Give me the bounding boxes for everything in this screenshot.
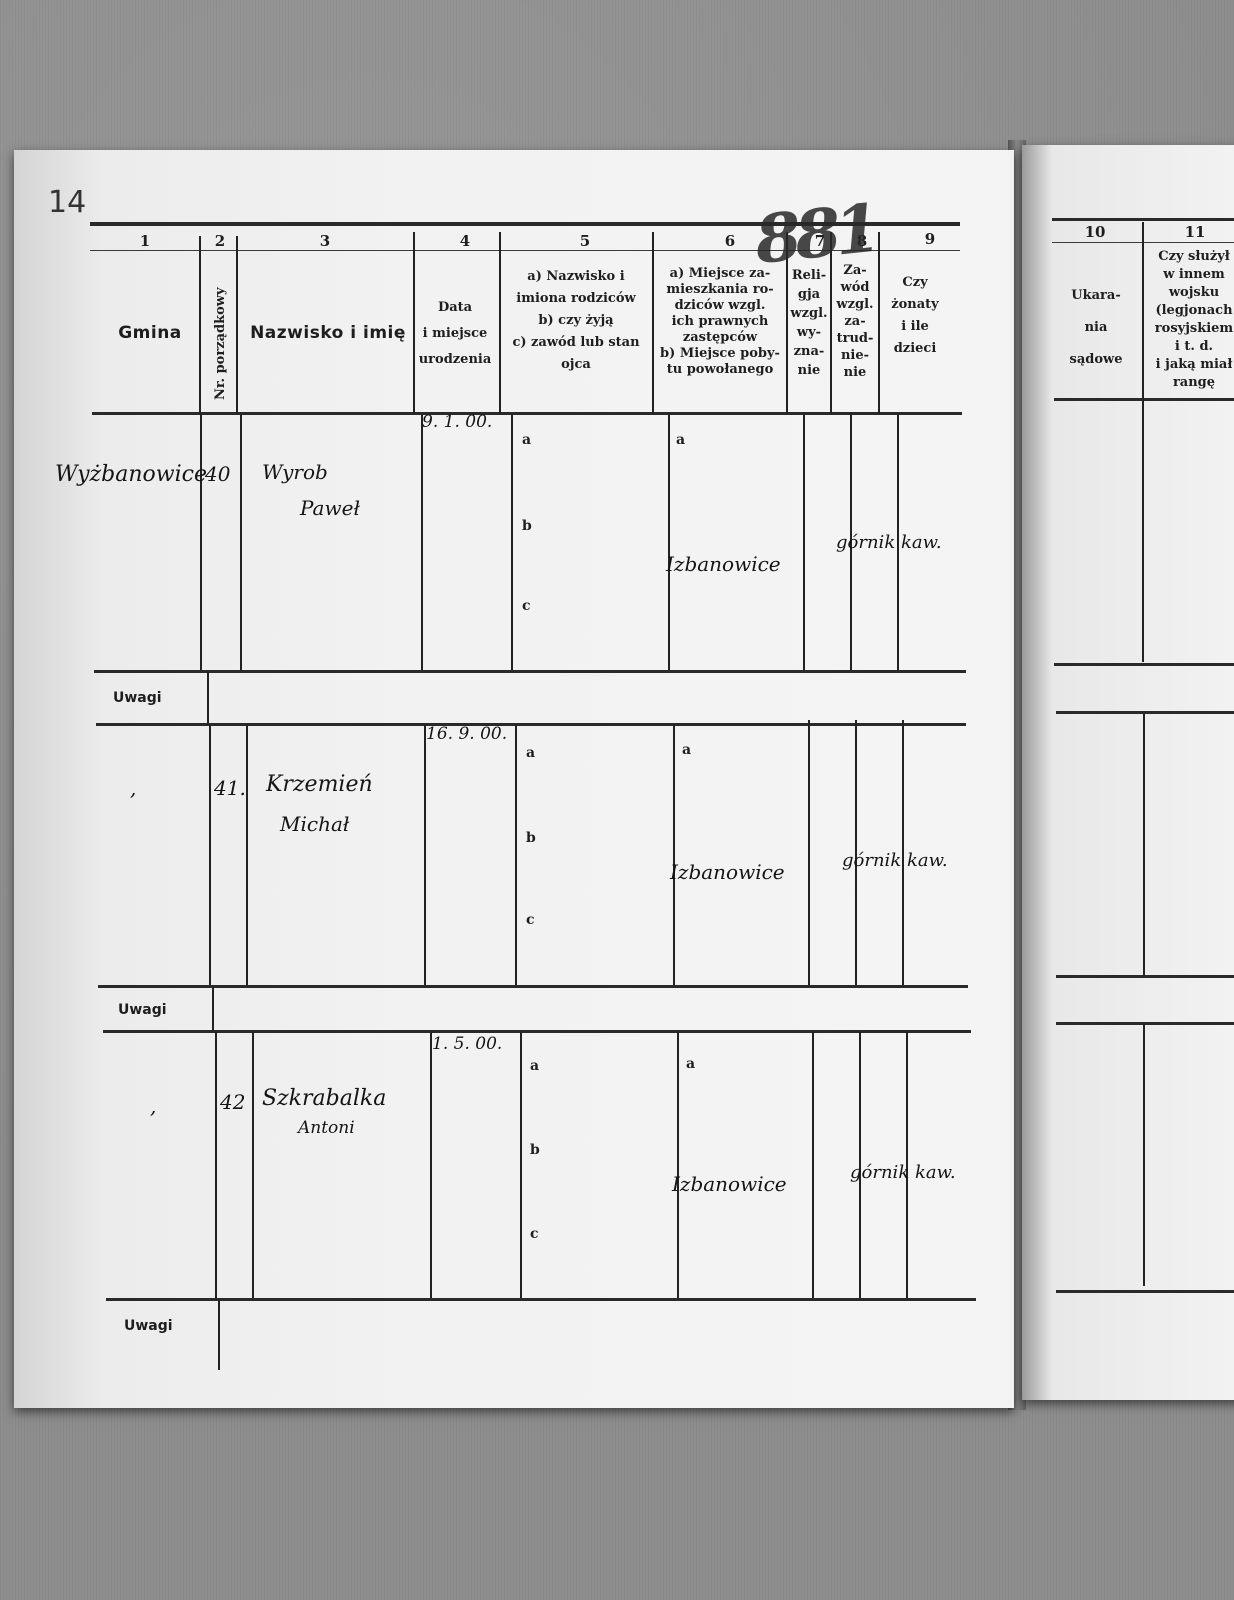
remarks-label: Uwagi [124, 1318, 173, 1334]
vline [240, 414, 242, 672]
occupation-value: górnik kaw. [836, 532, 942, 553]
header-religia: Reli- gja wzgl. wy- zna- nie [788, 266, 830, 380]
vline [1143, 713, 1145, 975]
sublabel-a: a [676, 432, 685, 448]
vline [673, 725, 675, 987]
sublabel-c: c [526, 912, 535, 928]
surname-value: Wyrob [262, 460, 328, 484]
vline [668, 414, 670, 672]
sublabel-b: b [526, 830, 536, 846]
row-rule [1056, 1290, 1234, 1293]
row-rule [98, 985, 968, 988]
colnum-1: 1 [130, 232, 160, 250]
colnum-10: 10 [1080, 223, 1110, 241]
sublabel-c: c [530, 1226, 539, 1242]
given-name-value: Paweł [300, 496, 360, 520]
header-sluzba-wojskowa: Czy służył w innem wojsku (legjonach ros… [1144, 248, 1234, 392]
vline [677, 1032, 679, 1298]
row-rule [1056, 975, 1234, 978]
vline [808, 720, 810, 986]
occupation-value: górnik kaw. [842, 850, 948, 871]
sublabel-a: a [522, 432, 531, 448]
gmina-value: , [150, 1094, 156, 1118]
vline [421, 414, 423, 672]
header-zawod: Za- wód wzgl. za- trud- nie- nie [832, 262, 878, 381]
sublabel-a: a [682, 742, 691, 758]
remarks-label: Uwagi [118, 1002, 167, 1018]
row-rule [1056, 1022, 1234, 1025]
archive-stamp-number: 881 [751, 189, 878, 279]
occupation-value: górnik kaw. [850, 1162, 956, 1183]
header-data-urodzenia: Data i miejsce urodzenia [412, 295, 498, 373]
sublabel-a: a [526, 745, 535, 761]
birth-date-value: 1. 5. 00. [432, 1034, 502, 1054]
header-zonaty: Czy żonaty i ile dzieci [880, 272, 950, 360]
vline [218, 1300, 220, 1370]
header-gmina: Gmina [100, 326, 200, 341]
row-rule [106, 1298, 976, 1301]
header-ukarania: Ukara- nia sądowe [1056, 280, 1136, 376]
right-header-bottom-rule [1054, 398, 1234, 401]
vline [246, 725, 248, 987]
sublabel-c: c [522, 598, 531, 614]
right-header-top-rule [1052, 218, 1234, 221]
header-miejsce-zamieszkania: a) Miejsce za- mieszkania ro- dziców wzg… [654, 266, 786, 378]
gmina-value: Wyżbanowice [55, 462, 207, 487]
nr-value: 41. [214, 776, 246, 800]
colnum-11: 11 [1180, 223, 1210, 241]
row-rule [96, 723, 966, 726]
vline [209, 725, 211, 987]
vline [511, 414, 513, 672]
vline [424, 725, 426, 987]
row-rule [1056, 711, 1234, 714]
vline [215, 1032, 217, 1300]
vline [252, 1032, 254, 1300]
residence-value: Izbanowice [666, 552, 781, 576]
header-nazwisko-imie: Nazwisko i imię [248, 326, 408, 341]
surname-value: Krzemień [266, 772, 373, 797]
row-rule [103, 1030, 971, 1033]
row-rule [94, 670, 966, 673]
vline [499, 232, 501, 414]
given-name-value: Antoni [298, 1118, 355, 1138]
vline [1143, 1024, 1145, 1286]
colnum-5: 5 [570, 232, 600, 250]
sublabel-b: b [530, 1142, 540, 1158]
given-name-value: Michał [280, 812, 349, 836]
sublabel-a: a [686, 1056, 695, 1072]
vline [236, 236, 238, 414]
header-nr-porzadkowy: Nr. porządkowy [213, 287, 228, 400]
colnum-2: 2 [210, 232, 230, 250]
vline [515, 725, 517, 987]
colnum-4: 4 [450, 232, 480, 250]
residence-value: Izbanowice [670, 860, 785, 884]
vline [430, 1032, 432, 1300]
colnum-3: 3 [310, 232, 340, 250]
remarks-label: Uwagi [113, 690, 162, 706]
vline [413, 232, 415, 414]
page-number: 14 [48, 185, 86, 220]
row-rule [1054, 663, 1234, 666]
vline [207, 672, 209, 724]
nr-value: 42 [220, 1090, 245, 1114]
residence-value: Izbanowice [672, 1172, 787, 1196]
vline [812, 1032, 814, 1298]
header-rodzice: a) Nazwisko i imiona rodziców b) czy żyj… [500, 266, 652, 376]
colnum-9: 9 [915, 230, 945, 248]
birth-date-value: 16. 9. 00. [426, 724, 507, 744]
vline [520, 1032, 522, 1300]
vline [803, 414, 805, 672]
vline [200, 414, 202, 672]
vline [1142, 400, 1144, 662]
vline [1142, 222, 1144, 400]
birth-date-value: 9. 1. 00. [422, 412, 492, 432]
colnum-6: 6 [715, 232, 745, 250]
vline [199, 236, 201, 414]
nr-value: 40 [205, 462, 230, 486]
surname-value: Szkrabalka [262, 1086, 386, 1111]
gmina-value: , [130, 776, 136, 800]
vline [212, 987, 214, 1031]
sublabel-b: b [522, 518, 532, 534]
sublabel-a: a [530, 1058, 539, 1074]
vline [878, 232, 880, 414]
vline [652, 232, 654, 414]
